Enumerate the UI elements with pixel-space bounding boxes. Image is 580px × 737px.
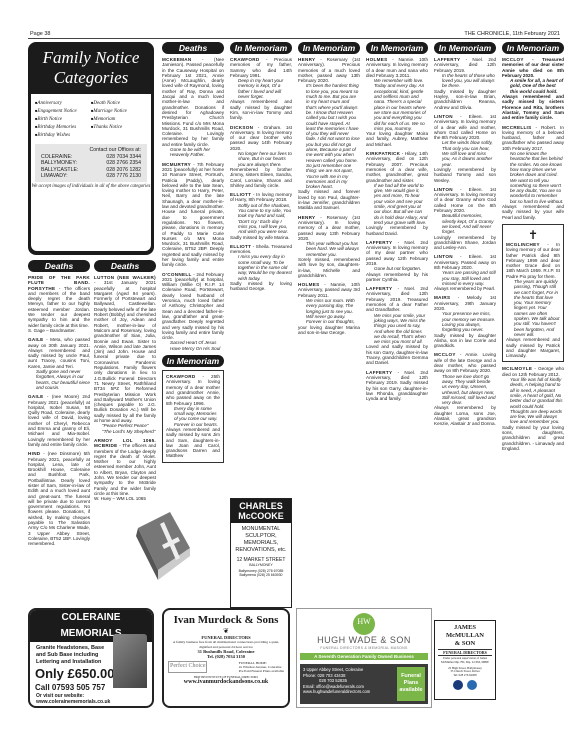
memoriam-notice: KIRKPATRICK - Hilary, 14th Anniversary, …: [366, 151, 428, 236]
death-notice: O'CONNELL - 2nd February 2021 (peacefull…: [162, 272, 224, 351]
newspaper-page: Page 38 THE CHRONICLE, 11th February 202…: [28, 30, 580, 730]
death-notice: PRIDE OF THE PARK FLUTE BAND. FORSYTHE -…: [28, 275, 90, 333]
memoriam-notice: DICKSON - Graham. 1st Anniversary. In lo…: [230, 125, 292, 189]
memoriam-notice: LINTON - Eileen. 1st Anniversary. Passed…: [434, 254, 496, 291]
section-header-memoriam: In Memoriam: [298, 42, 360, 54]
ivan-murdock-ad: Ivan Murdock & Sons ❦ FUNERAL DIRECTORS …: [162, 608, 290, 708]
memoriam-notice-boxed: CRAWFORD - 25th Anniversary. In loving m…: [162, 370, 224, 463]
memoriam-notice: MCCRELLIS - Robert. In loving memory of …: [502, 125, 564, 220]
website-link[interactable]: www.ivanmurdockandsons.co.uk: [164, 679, 288, 685]
memoriam-notice: HOLMES - Nannie, 10th Anniversary, passe…: [298, 282, 360, 335]
section-header-deaths: Deaths: [162, 42, 224, 54]
website-link[interactable]: www.colerainememorials.co.uk: [30, 699, 152, 705]
accept-images-note: We accept images of individuals in all o…: [31, 184, 151, 190]
section-header-memoriam: In Memoriam: [502, 42, 564, 54]
column-memoriam-5: In Memoriam HENRY - Rosemary (1st Annive…: [298, 42, 360, 607]
ornament-icon: ❦: [164, 627, 288, 635]
category-item: Birthday Wishes: [35, 131, 91, 139]
death-notice: ARMOY LOL 1065. MCBRIDE - The officers a…: [94, 438, 156, 502]
charles-mccooke-ad: CHARLES McCOOKE MONUMENTAL SCULPTOR, MEM…: [230, 498, 292, 608]
categories-panel: Anniversary Death Notice Engagement Noti…: [31, 94, 151, 251]
memoriam-notice-boxed: ✝ MCGLINCHEY - In loving memory of our d…: [502, 224, 564, 363]
hugh-wade-logo: HW: [353, 613, 375, 635]
category-item: Memoriam: [91, 115, 147, 123]
family-notice-categories-box: Family Notice Categories Anniversary Dea…: [28, 42, 154, 255]
category-item: Birthday Memories: [35, 123, 91, 131]
death-notice: MCKEEMAN - (Nee Jamieson). Passed peacef…: [162, 57, 224, 158]
memoriam-notice: LAFFERTY - Noel. 2nd Anniversary, died 1…: [434, 57, 496, 110]
memoriam-notice: HENRY - Rosemary (1st Anniversary). In l…: [298, 215, 360, 279]
death-notice: LUTTON (NEE WALKER) - 31st January 2021 …: [94, 275, 156, 434]
death-notice: HIND - (nee Dinsmore) 5th February 2021,…: [28, 451, 90, 546]
section-header-memoriam: In Memoriam: [162, 355, 224, 367]
section-header-memoriam: In Memoriam: [230, 42, 292, 54]
categories-list: Anniversary Death Notice Engagement Noti…: [31, 94, 151, 142]
perfect-choice-logo: Perfect Choice: [168, 661, 207, 673]
column-deaths-2: Deaths LUTTON (NEE WALKER) - 31st Januar…: [94, 260, 156, 505]
page-header: Page 38 THE CHRONICLE, 11th February 202…: [28, 30, 560, 39]
cross-icon: ✝: [506, 228, 560, 242]
masthead: THE CHRONICLE, 11th February 2021: [464, 31, 560, 37]
section-header-memoriam: In Memoriam: [366, 42, 428, 54]
death-notice: GAILE - (nee Moore) 2nd February 2021 (p…: [28, 394, 90, 447]
contact-offices: Contact our Offices at: COLERAINE:028 70…: [35, 144, 147, 182]
category-item: Marriage Notice: [91, 107, 147, 115]
category-item: Anniversary: [35, 99, 91, 107]
james-mcmullan-ad: JAMES McMULLAN & SON FUNERAL DIRECTORS U…: [434, 620, 496, 700]
column-memoriam-8: In Memoriam MCCLOY - Treasured memories …: [502, 42, 564, 737]
memoriam-notice: LAFFERTY - Noel. 2nd Anniversary, died 1…: [366, 370, 428, 402]
memoriam-notice: CRAWFORD - Precious memories of my fathe…: [230, 57, 292, 121]
death-notice: GAILE - Meta, who passed away on 30th Ja…: [28, 337, 90, 390]
association-logo-icon: [467, 680, 477, 690]
section-header-deaths: Deaths: [28, 260, 90, 272]
memoriam-notice: ELLIOTT - In loving memory of Harry, 8th…: [230, 192, 292, 240]
mccooke-title: CHARLES McCOOKE: [231, 499, 291, 523]
section-header-memoriam: In Memoriam: [434, 42, 496, 54]
memoriam-notice: MCCLOY - Treasured memories of our dear …: [502, 57, 564, 121]
office-row: LIMAVADY:028 7776 2130: [41, 173, 141, 179]
page-number: Page 38: [30, 31, 51, 37]
categories-title: Family Notice Categories: [28, 48, 154, 88]
memoriam-notice: LINTON - Eileen. 1st Anniversary. In lov…: [434, 114, 496, 183]
hugh-wade-ad: HW HUGH WADE & SON FUNERAL DIRECTORS & M…: [296, 608, 432, 708]
column-deaths-1: Deaths PRIDE OF THE PARK FLUTE BAND. FOR…: [28, 260, 90, 600]
memoriam-notice: ELLIOTT - Sheila. Treasured memories.I m…: [230, 244, 292, 292]
column-memoriam-7: In Memoriam LAFFERTY - Noel. 2nd Anniver…: [434, 42, 496, 622]
memoriam-notice: HENRY - Rosemary (1st Anniversary). Prec…: [298, 57, 360, 211]
category-item: Death Notice: [91, 99, 147, 107]
funeral-plans-badge: Funeral Plans available: [397, 667, 425, 701]
memoriam-notice: LAFFERTY - Noel. 2nd Anniversary. In lov…: [366, 240, 428, 282]
category-item: Birth Notice: [35, 115, 91, 123]
coleraine-memorials-ad: COLERAINE MEMORIALS Granite Headstones, …: [28, 608, 154, 708]
death-notice: MCMURTRY - 7th February 2021 (peacefully…: [162, 162, 224, 268]
column-deaths-3: Deaths MCKEEMAN - (Nee Jamieson). Passed…: [162, 42, 224, 607]
column-memoriam-6: In Memoriam HOLMES - Nannie. 10th Annive…: [366, 42, 428, 607]
section-header-deaths: Deaths: [94, 260, 156, 272]
memoriam-notice: MAIRS - Melody. 1st Anniversary, 29th Ja…: [434, 295, 496, 348]
memoriam-notice: MCCLOY - Annie. Loving wife of the late …: [434, 352, 496, 426]
hugh-wade-contact: 3 Upper Abbey Street, Coleraine Phone: 0…: [300, 664, 428, 704]
headstone-image: [113, 634, 147, 688]
memoriam-notice: LAFFERTY - Noel. 2nd Anniversary, died 1…: [366, 286, 428, 365]
memoriam-notice: MCILMOYLE - George who died on 12th Febr…: [502, 366, 564, 451]
memoriam-notice: LINTON - Eileen. 1st Anniversary. In lov…: [434, 187, 496, 251]
category-item: Engagement Notice: [35, 107, 91, 115]
association-logo-icon: [453, 680, 463, 690]
memoriam-notice: HOLMES - Nannie. 10th Anniversary. In lo…: [366, 57, 428, 147]
column-memoriam-4: In Memoriam CRAWFORD - Precious memories…: [230, 42, 292, 492]
category-item: Thanks Notice: [91, 123, 147, 131]
